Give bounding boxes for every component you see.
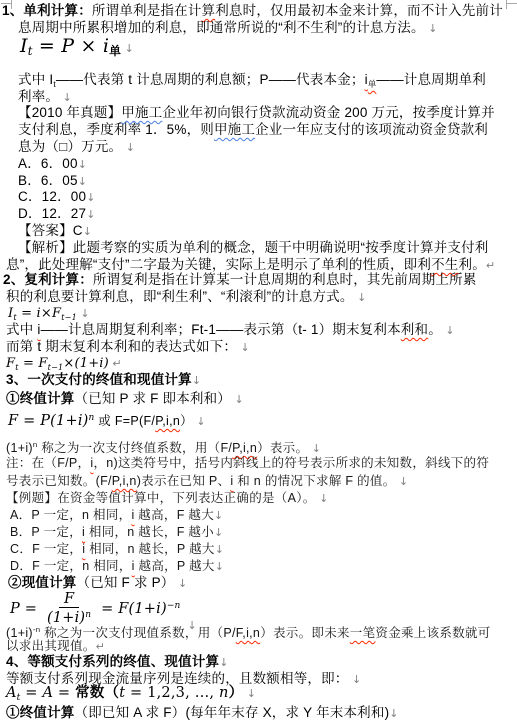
text-line: (1+i)n 称之为一次支付终值系数，用（F/P,i,n）表示。 ↓	[6, 436, 321, 457]
text-run: 号表示已知数。(F/	[6, 474, 112, 488]
text-run: 单	[109, 45, 121, 58]
text-run: 利和	[401, 322, 428, 337]
paragraph-mark: ↓	[308, 442, 321, 455]
text-run: C．F 一定，	[10, 542, 82, 556]
text-run: ）	[180, 414, 193, 428]
text-run: 称之为一次支付终值系数，用（F/	[37, 441, 232, 455]
text-run: ）表示。	[257, 441, 308, 455]
text-run: 所谓单利是指在计	[92, 3, 202, 18]
text-run: 一笔	[350, 626, 376, 640]
text-line: 3、一次支付的终值和现值计算↓	[6, 371, 201, 389]
text-run: A．6．00	[18, 156, 78, 171]
paragraph-mark: ↓	[122, 141, 135, 154]
text-run: F	[6, 356, 15, 371]
text-line: B．P 一定，i 相同，n 越长，F 越小↓	[10, 524, 223, 541]
text-line: 【例题】在资金等值计算中，下列表达正确的是（A）。 ↓	[6, 490, 328, 507]
paragraph-mark: ↓	[354, 291, 367, 304]
paragraph-mark: ↓	[389, 707, 398, 720]
text-run: 3、一次支付的终值和现值计算	[6, 372, 192, 387]
text-run: 甲施工	[214, 122, 255, 137]
text-run: 式中 I	[18, 72, 53, 87]
text-run: （已知 P 求 F 即本利和）	[75, 391, 232, 406]
text-run: 所谓复利是指在计算某一计息周期的利息时，其先前周期上所累	[93, 272, 477, 287]
text-line: It = P × i单 ↓	[20, 38, 134, 60]
text-run: 。	[428, 322, 442, 337]
text-run: 算	[202, 3, 216, 18]
text-line: ①终值计算（即已知 A 求 F）(每年年末存 X，求 Y 年末本利和)↓	[6, 704, 399, 722]
paragraph-mark: ↓	[192, 374, 201, 387]
text-line: 注：在（F/P，i，n)这类符号中，括号内斜线上的符号表示所求的未知数，斜线下的…	[6, 455, 489, 472]
text-run: P,i,n	[232, 441, 257, 455]
text-run: 4、等额支付系列的终值、现值计算	[6, 654, 219, 669]
text-line: 【解析】此题考察的实质为单利的概念，题干中明确说明“按季度计算并支付利	[18, 239, 489, 256]
text-run: 不生	[431, 257, 458, 272]
text-run: 【2010 年真题】	[18, 105, 121, 120]
text-line: A．P 一定，n 相同，i 越高，F 越大↓	[10, 507, 223, 524]
text-run: 息为（□）万元。	[18, 139, 122, 154]
paragraph-mark: ↓	[442, 324, 455, 337]
text-run: ）表示。即未来	[260, 626, 350, 640]
text-run: −n	[167, 601, 181, 611]
text-run: n	[85, 610, 91, 620]
text-run: 利率。	[18, 89, 59, 104]
paragraph-mark: ↵	[96, 640, 105, 653]
text-run: 注：在（F/P，	[6, 456, 90, 470]
paragraph-mark: ↓	[77, 307, 90, 320]
text-run: 积的利息要计算利息，即“利生利”、“利滚利”的计息方式。	[6, 289, 354, 304]
text-line: F = P(1+i)n 或 F=P(F/P,i,n） ↓	[8, 410, 206, 430]
text-run: 常数	[75, 685, 104, 701]
text-line: 1、单利计算：所谓单利是指在计算利息时，仅用最初本金来计算，而不计入先前计	[2, 2, 503, 19]
text-run: = i×F	[17, 306, 61, 321]
paragraph-mark: ↓	[175, 577, 188, 590]
paragraph-mark: ↓	[243, 687, 256, 700]
paragraph-mark: ↓	[231, 393, 244, 406]
paragraph-mark: ↵	[486, 259, 495, 272]
text-run: 和 n 的情况下求解 F 的值。	[233, 474, 395, 488]
text-run: 越高，P 越大	[135, 559, 215, 573]
text-line: ②现值计算（已知 F 求 P） ↓	[8, 574, 187, 592]
paragraph-mark: ↵	[109, 357, 122, 370]
text-run: （	[105, 685, 120, 701]
text-run: 式中	[6, 322, 37, 337]
paragraph-mark: ↓	[86, 208, 95, 221]
text-run: B．6．05	[18, 173, 78, 188]
paragraph-mark: ↓	[316, 492, 329, 505]
text-run: 相同，n 越长，F 越小	[85, 525, 214, 539]
text-run: P =	[10, 601, 42, 617]
paragraph-mark: ↓	[78, 175, 87, 188]
text-run: ，n)这类符号中，括号内斜线上的符号表示所求的未知数，斜线下的符	[93, 456, 489, 470]
paragraph-mark: ↓	[237, 341, 250, 354]
text-run: ①终值计算	[6, 391, 75, 406]
paragraph-mark: ↓	[215, 560, 224, 573]
text-run: ——计息周期单利	[376, 72, 486, 87]
paragraph-mark: ↓	[83, 225, 92, 238]
text-run: 息”，此处理解“支付”二字最为关键，实际上是明示了单利的性质，即利	[6, 257, 431, 272]
paragraph-mark: ↓	[215, 543, 224, 556]
paragraph-mark: ↓	[349, 673, 362, 686]
document-page: 1、单利计算：所谓单利是指在计算利息时，仅用最初本金来计算，而不计入先前计息周期…	[0, 0, 517, 728]
text-run: = F(1+i)	[96, 601, 167, 617]
text-run: = P × i	[33, 35, 109, 57]
text-run: P,i,n	[155, 414, 180, 428]
text-line: D．12．27↓	[18, 205, 95, 223]
text-run: 以求出其现值。	[6, 639, 96, 653]
text-run: ）	[229, 685, 244, 701]
text-run: 甲施工	[121, 105, 162, 120]
text-line: 息为（□）万元。 ↓	[18, 138, 135, 156]
text-run: (1+i)	[6, 441, 33, 455]
text-run: 等额支付系列现金流量序列是连续的，且数额相等，即：	[6, 671, 349, 686]
text-run: = A =	[20, 685, 75, 701]
paragraph-mark: ↓	[396, 475, 409, 488]
text-line: 【2010 年真题】甲施工企业年初向银行贷款流动资金 200 万元，按季度计算并	[18, 104, 495, 121]
paragraph-mark: ↓	[86, 191, 95, 204]
text-run: 或 F=P(F/	[95, 414, 156, 428]
text-run: )表示在已知 P、	[137, 474, 231, 488]
text-line: 4、等额支付系列的终值、现值计算↓	[6, 653, 228, 671]
text-run: D．F 一定，n 相同，	[10, 559, 132, 573]
text-line: 号表示已知数。(F/P,i,n)表示在已知 P、i 和 n 的情况下求解 F 的…	[6, 473, 408, 490]
text-run: I	[20, 35, 28, 57]
text-run: 【答案】C	[18, 223, 83, 238]
text-run: （即已知 A 求 F）(每年年末存 X，求 Y 年末本利和)	[75, 705, 390, 720]
text-run: C．12．00	[18, 189, 86, 204]
text-run: P,i,n	[112, 474, 137, 488]
text-run: = F	[19, 356, 48, 371]
text-run: A．P 一定，n 相同，	[10, 508, 131, 522]
paragraph-mark: ↓	[78, 158, 87, 171]
text-run: （已知 F 求 P）	[77, 575, 175, 590]
paragraph-mark: ↓	[59, 91, 72, 104]
paragraph-mark: ↓	[219, 656, 228, 669]
text-run: F	[64, 591, 74, 607]
text-run: ×(1+i)	[63, 356, 109, 371]
text-run: 利息时，仅用最初本金来计算，而不计入先前计	[215, 3, 503, 18]
fraction-numerator: F	[59, 592, 79, 608]
text-line: 式中 i——计息周期复利利率；Ft-1——表示第（t- 1）期末复利本利和。 ↓	[6, 321, 455, 339]
text-line: A．6．00↓	[18, 155, 87, 173]
text-run: 1、单利计算：	[2, 3, 92, 18]
text-line: 【答案】C↓	[18, 222, 92, 240]
paragraph-mark: ↓	[214, 509, 223, 522]
text-run: n	[219, 685, 229, 701]
text-run: B．P 一定，	[10, 525, 82, 539]
text-run: 越高，F 越大	[135, 508, 214, 522]
text-run: 而第 t 期末复利本利和的表达式如下：	[6, 339, 237, 354]
text-run: 资金乘上该系数就可	[375, 626, 490, 640]
text-run: 【解析】此题考察的实质为单利的概念，题干中明确说明“按季度计算并支付利	[18, 240, 489, 255]
text-run: = 1,2,3, …,	[125, 685, 219, 701]
paragraph-mark: ↓	[214, 526, 223, 539]
text-run: 企业一年应支付的该项流动资金贷款利	[255, 122, 488, 137]
text-run: 【例题】在资金等值计算中，下列表达正确的是（A）。	[6, 491, 316, 505]
text-run: ——代表第 t 计息周期的利息额；P——代表本金；	[56, 72, 365, 87]
text-run: D．12．27	[18, 206, 86, 221]
text-line: 式中 It——代表第 t 计息周期的利息额；P——代表本金；i单——计息周期单利	[18, 71, 486, 93]
text-run: 相同，n 越长，P 越大	[85, 542, 214, 556]
text-run: ①终值计算	[6, 705, 75, 720]
text-line: C．12．00↓	[18, 188, 95, 206]
text-run: ②现值计算	[8, 575, 77, 590]
text-line: 支付利息，季度利率 1．5%，则甲施工企业一年应支付的该项流动资金贷款利	[18, 121, 488, 138]
text-run: 企业年初向银行贷款流动资金 200 万元，按季度计算并	[162, 105, 494, 120]
text-run: F = P(1+i)	[8, 413, 89, 429]
paragraph-mark: ↓	[193, 415, 206, 428]
paragraph-mark: ↓	[425, 22, 438, 35]
text-run: 2、复利计算：	[3, 272, 93, 287]
text-run: 息周期中所累积增加的利息，即通常所说的“利不生利”的计息方法。	[18, 20, 425, 35]
text-line: C．F 一定，i 相同，n 越长，P 越大↓	[10, 541, 224, 558]
text-run: ——计息周期复利利率；Ft-1——表示第（t- 1）期末复利本	[41, 322, 401, 337]
text-line: D．F 一定，n 相同，i 越高，P 越大↓	[10, 558, 224, 575]
paragraph-mark: ↓	[121, 42, 134, 55]
text-run: 支付利息，季度利率 1．5%，则	[18, 122, 214, 137]
text-run: 利。	[459, 257, 486, 272]
text-line: ①终值计算（已知 P 求 F 即本利和） ↓	[6, 390, 244, 408]
text-line: 2、复利计算：所谓复利是指在计算某一计息周期的利息时，其先前周期上所累	[3, 271, 477, 288]
text-run: A	[6, 685, 17, 701]
text-run: F,i,n	[236, 626, 260, 640]
